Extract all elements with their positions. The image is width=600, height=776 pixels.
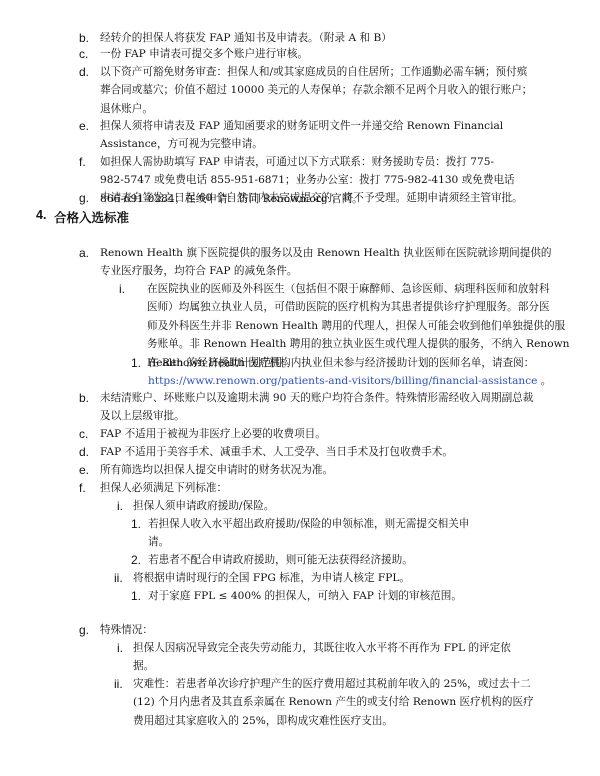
criteria-item-f-ii: ii. 将根据申请时现行的全国 FPG 标准，为申请人核定 FPL。 xyxy=(114,569,410,587)
list-marker: g. xyxy=(79,189,100,207)
list-marker: 1. xyxy=(131,515,148,552)
text-line: 灾难性：若患者单次诊疗护理产生的医疗费用超过其税前年收入的 25%，或过去十二 xyxy=(133,675,534,693)
link-suffix: 。 xyxy=(537,375,551,387)
document-page: b. 经转介的担保人将获发 FAP 通知书及申请表。（附录 A 和 B） c. … xyxy=(0,0,600,776)
text-line: 未结清账户、坏账账户以及逾期未满 90 天的账户均符合条件。特殊情形需经收入周期… xyxy=(100,389,533,407)
text-line: 葬合同或墓穴；价值不超过 10000 美元的人寿保单；存款余额不足两个月收入的银… xyxy=(100,81,532,99)
text-line: FAP 不适用于美容手术、减重手术、人工受孕、当日手术及打包收费手术。 xyxy=(100,443,453,461)
list-marker: ii. xyxy=(114,569,133,587)
list-marker: d. xyxy=(79,443,100,461)
criteria-item-a-i-1: 1. 在 Renown Health 医疗机构内执业但未参与经济援助计划的医师名… xyxy=(131,354,551,391)
list-marker: i. xyxy=(117,497,133,515)
criteria-item-f-i: i. 担保人须申请政府援助/保险。 xyxy=(117,497,274,515)
criteria-item-g-i: i. 担保人因病况导致完全丧失劳动能力，其既往收入水平将不再作为 FPL 的评定… xyxy=(117,639,511,676)
criteria-item-a: a. Renown Health 旗下医院提供的服务以及由 Renown Hea… xyxy=(79,244,552,281)
text-line: 担保人必须满足下列标准： xyxy=(100,479,227,497)
section-title: 合格入选标准 xyxy=(54,208,129,226)
text-line: 费用超过其家庭收入的 25%，即构成灾难性医疗支出。 xyxy=(133,712,534,730)
list-marker: 1. xyxy=(131,354,148,391)
text-line: 如担保人需协助填写 FAP 申请表，可通过以下方式联系：财务援助专员：拨打 77… xyxy=(100,153,515,171)
text-line: 申请表自签发之日起 60 个自然日内未完成提交的，将不予受理。延期申请须经主管审… xyxy=(100,189,523,207)
section-number: 4. xyxy=(36,208,54,226)
text-line: 专业医疗服务，均符合 FAP 的减免条件。 xyxy=(100,262,552,280)
list-marker: a. xyxy=(79,244,100,281)
text-line: 在医院执业的医师及外科医生（包括但不限于麻醉师、急诊医师、病理科医师和放射科 xyxy=(147,280,569,298)
list-item-c: c. 一份 FAP 申请表可提交多个账户进行审核。 xyxy=(79,45,308,63)
criteria-item-e: e. 所有筛选均以担保人提交申请时的财务状况为准。 xyxy=(79,461,333,479)
text-line: 务账单。非 Renown Health 聘用的独立执业医生或代理人提供的服务，不… xyxy=(147,335,569,353)
text-line: (12) 个月内患者及其直系亲属在 Renown 产生的或支付给 Renown … xyxy=(133,693,534,711)
text-line: FAP 不适用于被视为非医疗上必要的收费项目。 xyxy=(100,425,326,443)
criteria-item-f-i-2: 2. 若患者不配合申请政府援助，则可能无法获得经济援助。 xyxy=(131,551,413,569)
text-line: 将根据申请时现行的全国 FPG 标准，为申请人核定 FPL。 xyxy=(133,569,410,587)
text-line: 及以上层级审批。 xyxy=(100,407,533,425)
text-line: 所有筛选均以担保人提交申请时的财务状况为准。 xyxy=(100,461,333,479)
section-heading: 4. 合格入选标准 xyxy=(36,208,129,226)
list-marker: b. xyxy=(79,389,100,426)
criteria-item-g: g. 特殊情况： xyxy=(79,621,153,639)
criteria-item-f: f. 担保人必须满足下列标准： xyxy=(79,479,227,497)
criteria-item-f-ii-1: 1. 对于家庭 FPL ≤ 400% 的担保人，可纳入 FAP 计划的审核范围。 xyxy=(131,587,462,605)
text-line: 特殊情况： xyxy=(100,621,153,639)
list-marker: d. xyxy=(79,63,100,118)
list-marker: e. xyxy=(79,461,100,479)
text-line: 若患者不配合申请政府援助，则可能无法获得经济援助。 xyxy=(148,551,413,569)
criteria-item-d: d. FAP 不适用于美容手术、减重手术、人工受孕、当日手术及打包收费手术。 xyxy=(79,443,453,461)
list-marker: c. xyxy=(79,425,100,443)
text-line: Assistance，方可视为完整申请。 xyxy=(100,135,503,153)
text-line: 退休账户。 xyxy=(100,100,532,118)
list-marker: i. xyxy=(117,639,133,676)
text-line: 982-5747 或免费电话 855-951-6871；业务办公室：拨打 775… xyxy=(100,171,515,189)
text-line: 一份 FAP 申请表可提交多个账户进行审核。 xyxy=(100,45,308,63)
text-line: 若担保人收入水平超出政府援助/保险的申领标准，则无需提交相关申 xyxy=(148,515,469,533)
text-line: 据。 xyxy=(133,657,511,675)
text-line: 医师）均属独立执业人员，可借助医院的医疗机构为其患者提供诊疗护理服务。部分医 xyxy=(147,298,569,316)
text-line: 担保人须申请政府援助/保险。 xyxy=(133,497,274,515)
list-marker: f. xyxy=(79,479,100,497)
text-line: 在 Renown Health 医疗机构内执业但未参与经济援助计划的医师名单，请… xyxy=(148,354,551,372)
text-line: 担保人因病况导致完全丧失劳动能力，其既往收入水平将不再作为 FPL 的评定依 xyxy=(133,639,511,657)
list-item-d: d. 以下资产可豁免财务审查：担保人和/或其家庭成员的自住居所；工作通勤必需车辆… xyxy=(79,63,532,118)
text-line: 以下资产可豁免财务审查：担保人和/或其家庭成员的自住居所；工作通勤必需车辆；预付… xyxy=(100,63,532,81)
list-item-g-text: g. 申请表自签发之日起 60 个自然日内未完成提交的，将不予受理。延期申请须经… xyxy=(79,189,523,207)
text-line: Renown Health 旗下医院提供的服务以及由 Renown Health… xyxy=(100,244,552,262)
criteria-item-g-ii: ii. 灾难性：若患者单次诊疗护理产生的医疗费用超过其税前年收入的 25%，或过… xyxy=(114,675,534,730)
text-line: 请。 xyxy=(148,533,469,551)
criteria-item-c: c. FAP 不适用于被视为非医疗上必要的收费项目。 xyxy=(79,425,326,443)
text-line: 师及外科医生并非 Renown Health 聘用的代理人，担保人可能会收到他们… xyxy=(147,317,569,335)
criteria-item-f-i-1: 1. 若担保人收入水平超出政府援助/保险的申领标准，则无需提交相关申 请。 xyxy=(131,515,469,552)
list-item-e: e. 担保人须将申请表及 FAP 通知函要求的财务证明文件一并递交给 Renow… xyxy=(79,117,503,154)
list-marker: ii. xyxy=(114,675,133,730)
list-marker: 2. xyxy=(131,551,148,569)
financial-assistance-link[interactable]: https://www.renown.org/patients-and-visi… xyxy=(148,375,537,387)
list-marker: 1. xyxy=(131,587,148,605)
text-line: 对于家庭 FPL ≤ 400% 的担保人，可纳入 FAP 计划的审核范围。 xyxy=(148,587,462,605)
list-marker: e. xyxy=(79,117,100,154)
criteria-item-b: b. 未结清账户、坏账账户以及逾期未满 90 天的账户均符合条件。特殊情形需经收… xyxy=(79,389,533,426)
list-marker: g. xyxy=(79,621,100,639)
list-marker: c. xyxy=(79,45,100,63)
text-line: 担保人须将申请表及 FAP 通知函要求的财务证明文件一并递交给 Renown F… xyxy=(100,117,503,135)
